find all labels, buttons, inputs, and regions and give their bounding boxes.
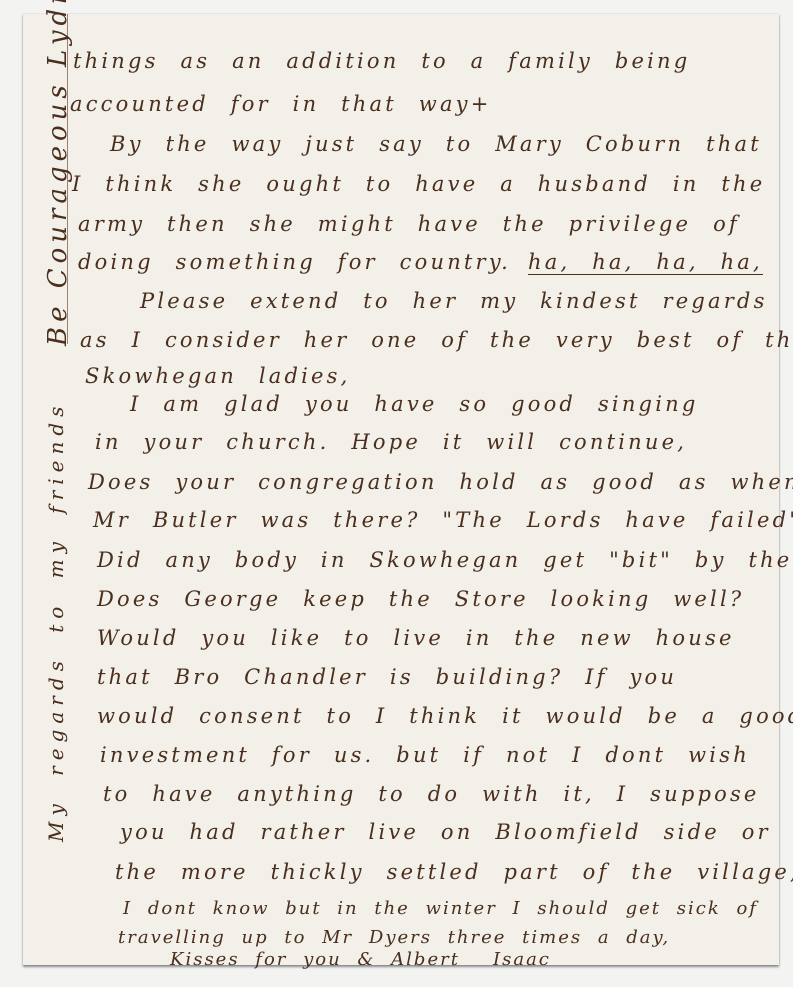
- letter-line: Would you like to live in the new house: [97, 628, 735, 649]
- letter-line: Skowhegan ladies,: [85, 366, 351, 387]
- letter-line: Does George keep the Store looking well?: [97, 589, 744, 610]
- letter-line: travelling up to Mr Dyers three times a …: [118, 929, 670, 947]
- letter-line: to have anything to do with it, I suppos…: [103, 784, 760, 805]
- letter-line: Did any body in Skowhegan get "bit" by t…: [97, 550, 793, 571]
- signature: Isaac: [493, 951, 551, 969]
- letter-line: I am glad you have so good singing: [130, 394, 698, 415]
- letter-page: Be Courageous Lydia My regards to my fri…: [23, 14, 779, 965]
- margin-note-be-courageous: Be Courageous Lydia: [45, 0, 71, 346]
- letter-line: that Bro Chandler is building? If you: [97, 667, 677, 688]
- letter-line: as I consider her one of the very best o…: [80, 330, 793, 351]
- closing-line: Kisses for you & Albert: [170, 951, 460, 969]
- letter-line: doing something for country.: [78, 252, 511, 273]
- letter-line-laughter: ha, ha, ha, ha,: [528, 252, 763, 275]
- letter-line: would consent to I think it would be a g…: [97, 706, 793, 727]
- letter-line: things as an addition to a family being: [73, 51, 690, 72]
- letter-line: investment for us. but if not I dont wis…: [100, 745, 750, 766]
- letter-line: Does your congregation hold as good as w…: [88, 472, 793, 493]
- letter-line: I dont know but in the winter I should g…: [123, 900, 758, 918]
- letter-line: in your church. Hope it will continue,: [95, 432, 687, 453]
- letter-line: Please extend to her my kindest regards: [140, 291, 768, 312]
- letter-line: army then she might have the privilege o…: [78, 214, 740, 235]
- horizontal-fold-crease: [23, 501, 779, 503]
- letter-line: you had rather live on Bloomfield side o…: [120, 822, 793, 843]
- letter-line: By the way just say to Mary Coburn that: [110, 134, 762, 155]
- letter-line: the more thickly settled part of the vil…: [115, 862, 793, 883]
- letter-line: accounted for in that way+: [70, 94, 492, 115]
- letter-line: I think she ought to have a husband in t…: [72, 174, 765, 195]
- margin-note-regards: My regards to my friends: [46, 401, 66, 842]
- letter-line: Mr Butler was there? "The Lords have fai…: [93, 510, 793, 531]
